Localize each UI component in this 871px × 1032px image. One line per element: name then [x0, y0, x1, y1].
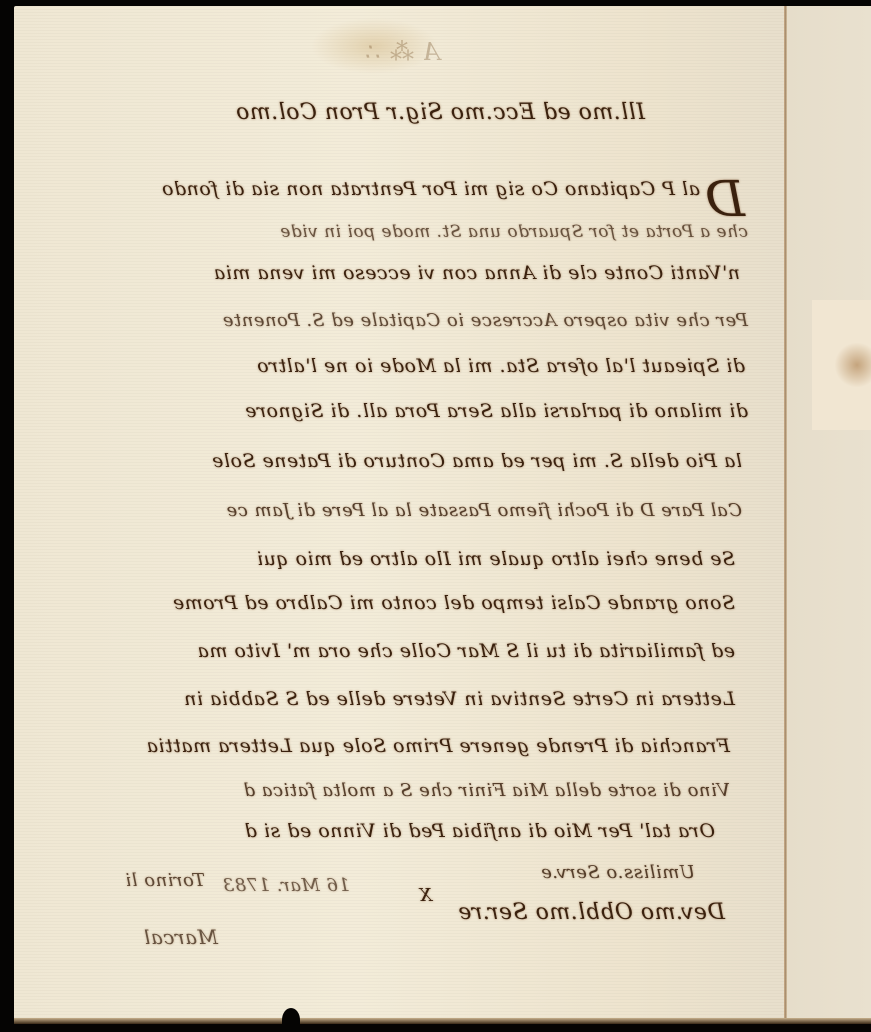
body-line: di Spieaut l'al ofera Sta. mi la Mode io… — [257, 355, 745, 377]
body-line: Ora tal' Per Mio di anfibia Ped di Vinno… — [244, 820, 715, 842]
fold-crease — [784, 6, 787, 1024]
adjacent-folio — [787, 6, 871, 1024]
body-line: n'Vanti Conte cle di Anna con vi ecceso … — [213, 262, 740, 284]
body-line: di milano di parlarsi alla Sera Pora all… — [245, 400, 748, 422]
body-line: che a Porta et for Spuardo una St. mode … — [280, 222, 748, 242]
body-line: Lettera in Certe Sentiva in Vetere delle… — [184, 688, 735, 710]
paper-bottom-edge — [14, 1018, 871, 1024]
ink-stain — [812, 300, 871, 430]
body-line: Vino di sorte della Mia Finir che S a mo… — [243, 780, 730, 801]
signature-mark: X — [419, 885, 432, 906]
body-line: Franchia di Prende genere Primo Sole qua… — [146, 735, 730, 757]
body-line: la Pio della S. mi per ed ama Conturo di… — [212, 450, 742, 472]
closing-line: Umiliss.o Serv.e — [541, 862, 695, 883]
body-line: ed familiarita di tu il S Mar Colle che … — [197, 640, 735, 662]
paper-tear — [282, 1008, 300, 1032]
body-line: Sono grande Calsi tempo del conto mi Cal… — [172, 592, 735, 614]
bleed-through-mark: A ⁂ ∴ — [366, 38, 440, 66]
salutation-initial: D — [704, 170, 745, 228]
body-line: Per che vita ospero Accresce io Capitale… — [222, 310, 748, 331]
signature: Dev.mo Obbl.mo Ser.re — [458, 900, 725, 925]
signer-name: Marcal — [144, 925, 218, 949]
letter-heading: Ill.mo ed Ecc.mo Sig.r Pron Col.mo — [236, 100, 645, 125]
date-note: 16 Mar. 1783 — [222, 875, 350, 896]
body-line: Cal Pare D di Pochi fiemo Passate la al … — [226, 500, 742, 521]
body-line: Se bene chei altro quale mi Ilo altro ed… — [257, 548, 735, 570]
place-note: Torino li — [125, 870, 205, 891]
body-line: al P Capitano Co sig mi Por Pentrata non… — [162, 178, 701, 200]
